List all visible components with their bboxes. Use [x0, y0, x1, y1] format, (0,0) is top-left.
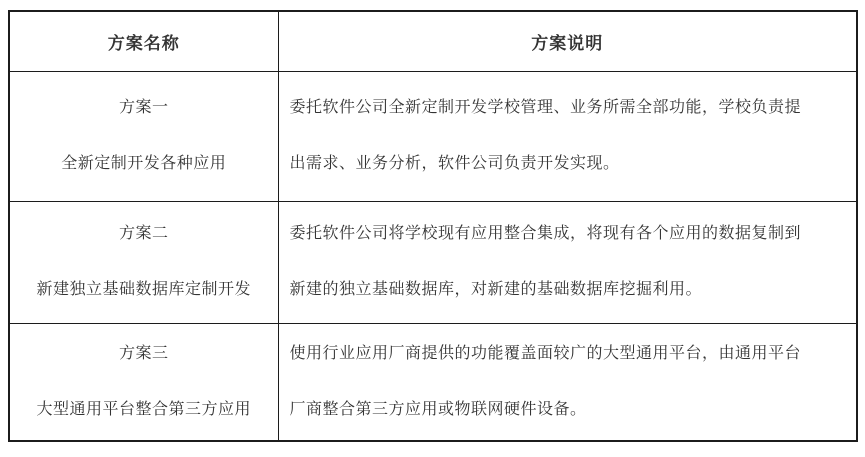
table-header-row: 方案名称 方案说明 [9, 11, 857, 71]
plan-3-title: 方案三 [16, 326, 272, 382]
plan-3-description-cell: 使用行业应用厂商提供的功能覆盖面较广的大型通用平台，由通用平台 厂商整合第三方应… [278, 323, 857, 441]
table-row-plan-3: 方案三 大型通用平台整合第三方应用 使用行业应用厂商提供的功能覆盖面较广的大型通… [9, 323, 857, 441]
column-header-plan-description: 方案说明 [278, 11, 857, 71]
plan-2-description-cell: 委托软件公司将学校现有应用整合集成，将现有各个应用的数据复制到 新建的独立基础数… [278, 201, 857, 323]
plan-3-name-cell: 方案三 大型通用平台整合第三方应用 [9, 323, 278, 441]
table-row-plan-1: 方案一 全新定制开发各种应用 委托软件公司全新定制开发学校管理、业务所需全部功能… [9, 71, 857, 201]
plan-2-description-line-1: 委托软件公司将学校现有应用整合集成，将现有各个应用的数据复制到 [290, 206, 843, 262]
plan-2-subtitle: 新建独立基础数据库定制开发 [16, 262, 272, 318]
plan-3-description-line-1: 使用行业应用厂商提供的功能覆盖面较广的大型通用平台，由通用平台 [290, 326, 843, 382]
plan-comparison-table: 方案名称 方案说明 方案一 全新定制开发各种应用 委托软件公司全新定制开发学校管… [8, 10, 858, 442]
plan-2-name-cell: 方案二 新建独立基础数据库定制开发 [9, 201, 278, 323]
plan-2-title: 方案二 [16, 206, 272, 262]
plan-1-subtitle: 全新定制开发各种应用 [16, 136, 272, 192]
page: 方案名称 方案说明 方案一 全新定制开发各种应用 委托软件公司全新定制开发学校管… [0, 0, 865, 457]
plan-1-description-cell: 委托软件公司全新定制开发学校管理、业务所需全部功能，学校负责提 出需求、业务分析… [278, 71, 857, 201]
plan-3-subtitle: 大型通用平台整合第三方应用 [16, 382, 272, 438]
column-header-plan-name: 方案名称 [9, 11, 278, 71]
plan-1-name-cell: 方案一 全新定制开发各种应用 [9, 71, 278, 201]
plan-1-description-line-2: 出需求、业务分析，软件公司负责开发实现。 [290, 136, 843, 192]
table-row-plan-2: 方案二 新建独立基础数据库定制开发 委托软件公司将学校现有应用整合集成，将现有各… [9, 201, 857, 323]
plan-1-title: 方案一 [16, 80, 272, 136]
plan-3-description-line-2: 厂商整合第三方应用或物联网硬件设备。 [290, 382, 843, 438]
plan-2-description-line-2: 新建的独立基础数据库，对新建的基础数据库挖掘利用。 [290, 262, 843, 318]
plan-1-description-line-1: 委托软件公司全新定制开发学校管理、业务所需全部功能，学校负责提 [290, 80, 843, 136]
